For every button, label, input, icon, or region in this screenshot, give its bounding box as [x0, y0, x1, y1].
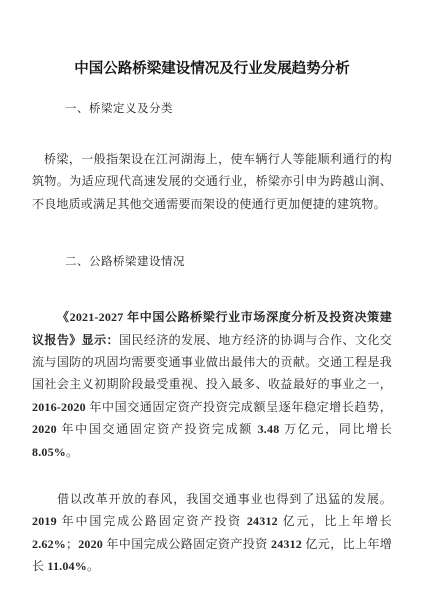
- bold-text-run: 11.04%: [47, 559, 87, 573]
- text-run: ；: [66, 537, 78, 551]
- bold-text-run: 2020: [32, 422, 57, 436]
- bold-text-run: 3.48: [258, 422, 280, 436]
- text-run: 。: [66, 445, 78, 459]
- text-run: 。: [87, 559, 99, 573]
- text-run: 年中国交通固定资产投资完成额: [57, 422, 258, 436]
- text-run: 万亿元，同比增长: [279, 422, 392, 436]
- bold-text-run: 2016-2020: [32, 400, 86, 414]
- text-run: 年中国交通固定资产投资完成额呈逐年稳定增长趋势，: [86, 400, 392, 414]
- text-run: 桥梁，一般指架设在江河湖海上，使车辆行人等能顺利通行的构筑物。为适应现代高速发展…: [32, 152, 392, 211]
- section-heading-1: 一、桥梁定义及分类: [32, 102, 392, 117]
- paragraph-report-analysis: 《2021-2027 年中国公路桥梁行业市场深度分析及投资决策建议报告》显示：国…: [32, 306, 392, 463]
- text-run: 借以改革开放的春风，我国交通事业也得到了迅猛的发展。: [57, 492, 392, 506]
- bold-text-run: 2.62%: [32, 537, 66, 551]
- bold-text-run: 2020: [78, 537, 103, 551]
- document-title: 中国公路桥梁建设情况及行业发展趋势分析: [32, 59, 392, 80]
- document-page: 中国公路桥梁建设情况及行业发展趋势分析 一、桥梁定义及分类 桥梁，一般指架设在江…: [0, 0, 424, 600]
- section-heading-2: 二、公路桥梁建设情况: [32, 255, 392, 270]
- paragraph-investment-growth: 借以改革开放的春风，我国交通事业也得到了迅猛的发展。2019 年中国完成公路固定…: [32, 488, 392, 578]
- bold-text-run: 24312: [271, 537, 302, 551]
- bold-text-run: 8.05%: [32, 445, 66, 459]
- text-run: 亿元，比上年增长: [278, 514, 392, 528]
- paragraph-bridge-definition: 桥梁，一般指架设在江河湖海上，使车辆行人等能顺利通行的构筑物。为适应现代高速发展…: [32, 148, 392, 215]
- bold-text-run: 2019: [32, 514, 57, 528]
- text-run: 年中国完成公路固定资产投资: [103, 537, 271, 551]
- text-run: 年中国完成公路固定资产投资: [57, 514, 247, 528]
- bold-text-run: 24312: [247, 514, 278, 528]
